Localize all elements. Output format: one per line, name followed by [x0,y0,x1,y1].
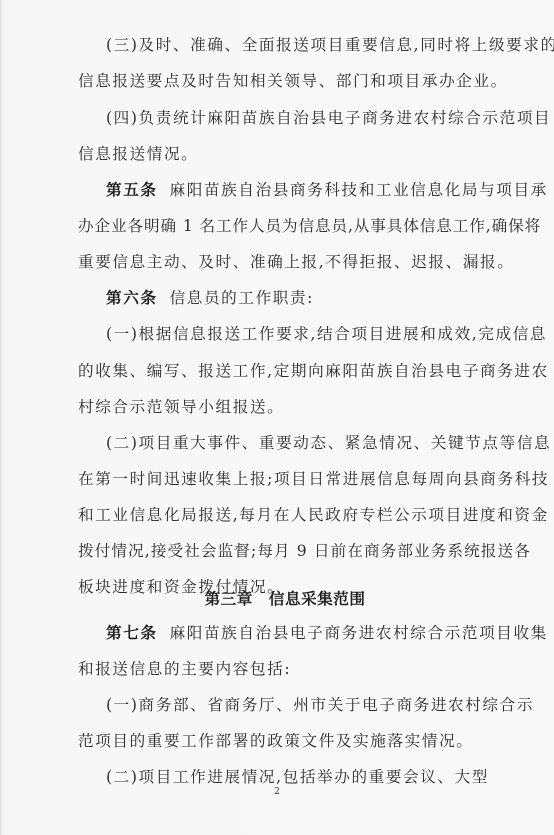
line-text: 和报送信息的主要内容包括: [78,660,291,678]
paragraph-line: 范项目的重要工作部署的政策文件及实施落实情况。 [78,730,488,752]
chapter-heading: 第三章信息采集范围 [8,588,554,610]
paragraph-line: 重要信息主动、及时、准确上报,不得拒报、迟报、漏报。 [78,251,488,273]
line-text: (一)商务部、省商务厅、州市关于电子商务进农村综合示 [106,696,534,714]
article-6-line: 第六条信息员的工作职责: [106,287,490,309]
paragraph-line: (二)项目工作进展情况,包括举办的重要会议、大型 [106,766,490,788]
article-label: 第六条 [106,288,158,307]
line-text: (四)负责统计麻阳苗族自治县电子商务进农村综合示范项目 [106,109,551,127]
paragraph-line: (三)及时、准确、全面报送项目重要信息,同时将上级要求的 [106,34,490,56]
paragraph-line: 在第一时间迅速收集上报;项目日常进展信息每周向县商务科技 [78,468,488,490]
article-5-line: 第五条麻阳苗族自治县商务科技和工业信息化局与项目承 [106,179,490,201]
line-text: 拨付情况,接受社会监督;每月 9 日前在商务部业务系统报送各 [78,542,531,560]
line-text: 和工业信息化局报送,每月在人民政府专栏公示项目进度和资金 [78,506,549,524]
paragraph-line: (一)根据信息报送工作要求,结合项目进展和成效,完成信息 [106,323,490,345]
paragraph-line: 办企业各明确 1 名工作人员为信息员,从事具体信息工作,确保将 [78,215,488,237]
line-text: (三)及时、准确、全面报送项目重要信息,同时将上级要求的 [106,36,554,54]
chapter-title: 信息采集范围 [269,590,366,608]
line-text: 麻阳苗族自治县商务科技和工业信息化局与项目承 [170,181,548,199]
line-text: (二)项目工作进展情况,包括举办的重要会议、大型 [106,768,489,786]
line-text: 麻阳苗族自治县电子商务进农村综合示范项目收集 [170,624,548,642]
line-text: 重要信息主动、及时、准确上报,不得拒报、迟报、漏报。 [78,253,514,271]
line-text: (二)项目重大事件、重要动态、紧急情况、关键节点等信息 [106,434,551,452]
line-text: 信息报送要点及时告知相关领导、部门和项目承办企业。 [78,72,508,90]
article-7-line: 第七条麻阳苗族自治县电子商务进农村综合示范项目收集 [106,622,490,644]
paragraph-line: 信息报送要点及时告知相关领导、部门和项目承办企业。 [78,70,488,92]
paragraph-line: 的收集、编写、报送工作,定期向麻阳苗族自治县电子商务进农 [78,360,488,382]
line-text: (一)根据信息报送工作要求,结合项目进展和成效,完成信息 [106,325,547,343]
paragraph-line: (二)项目重大事件、重要动态、紧急情况、关键节点等信息 [106,432,490,454]
chapter-number: 第三章 [205,590,253,608]
line-text: 范项目的重要工作部署的政策文件及实施落实情况。 [78,732,473,750]
paragraph-line: (四)负责统计麻阳苗族自治县电子商务进农村综合示范项目 [106,107,490,129]
paragraph-line: 和报送信息的主要内容包括: [78,658,488,680]
line-text: 信息报送情况。 [78,145,198,163]
document-page: (三)及时、准确、全面报送项目重要信息,同时将上级要求的 信息报送要点及时告知相… [0,0,554,835]
paragraph-line: 信息报送情况。 [78,143,488,165]
page-number: 2 [0,786,554,798]
paragraph-line: 村综合示范领导小组报送。 [78,396,488,418]
paragraph-line: 和工业信息化局报送,每月在人民政府专栏公示项目进度和资金 [78,504,488,526]
line-text: 办企业各明确 1 名工作人员为信息员,从事具体信息工作,确保将 [78,217,541,235]
article-label: 第七条 [106,623,158,642]
paragraph-line: 拨付情况,接受社会监督;每月 9 日前在商务部业务系统报送各 [78,540,488,562]
article-label: 第五条 [106,180,158,199]
line-text: 在第一时间迅速收集上报;项目日常进展信息每周向县商务科技 [78,470,549,488]
line-text: 的收集、编写、报送工作,定期向麻阳苗族自治县电子商务进农 [78,362,549,380]
line-text: 村综合示范领导小组报送。 [78,398,284,416]
paragraph-line: (一)商务部、省商务厅、州市关于电子商务进农村综合示 [106,694,490,716]
line-text: 信息员的工作职责: [170,289,314,307]
